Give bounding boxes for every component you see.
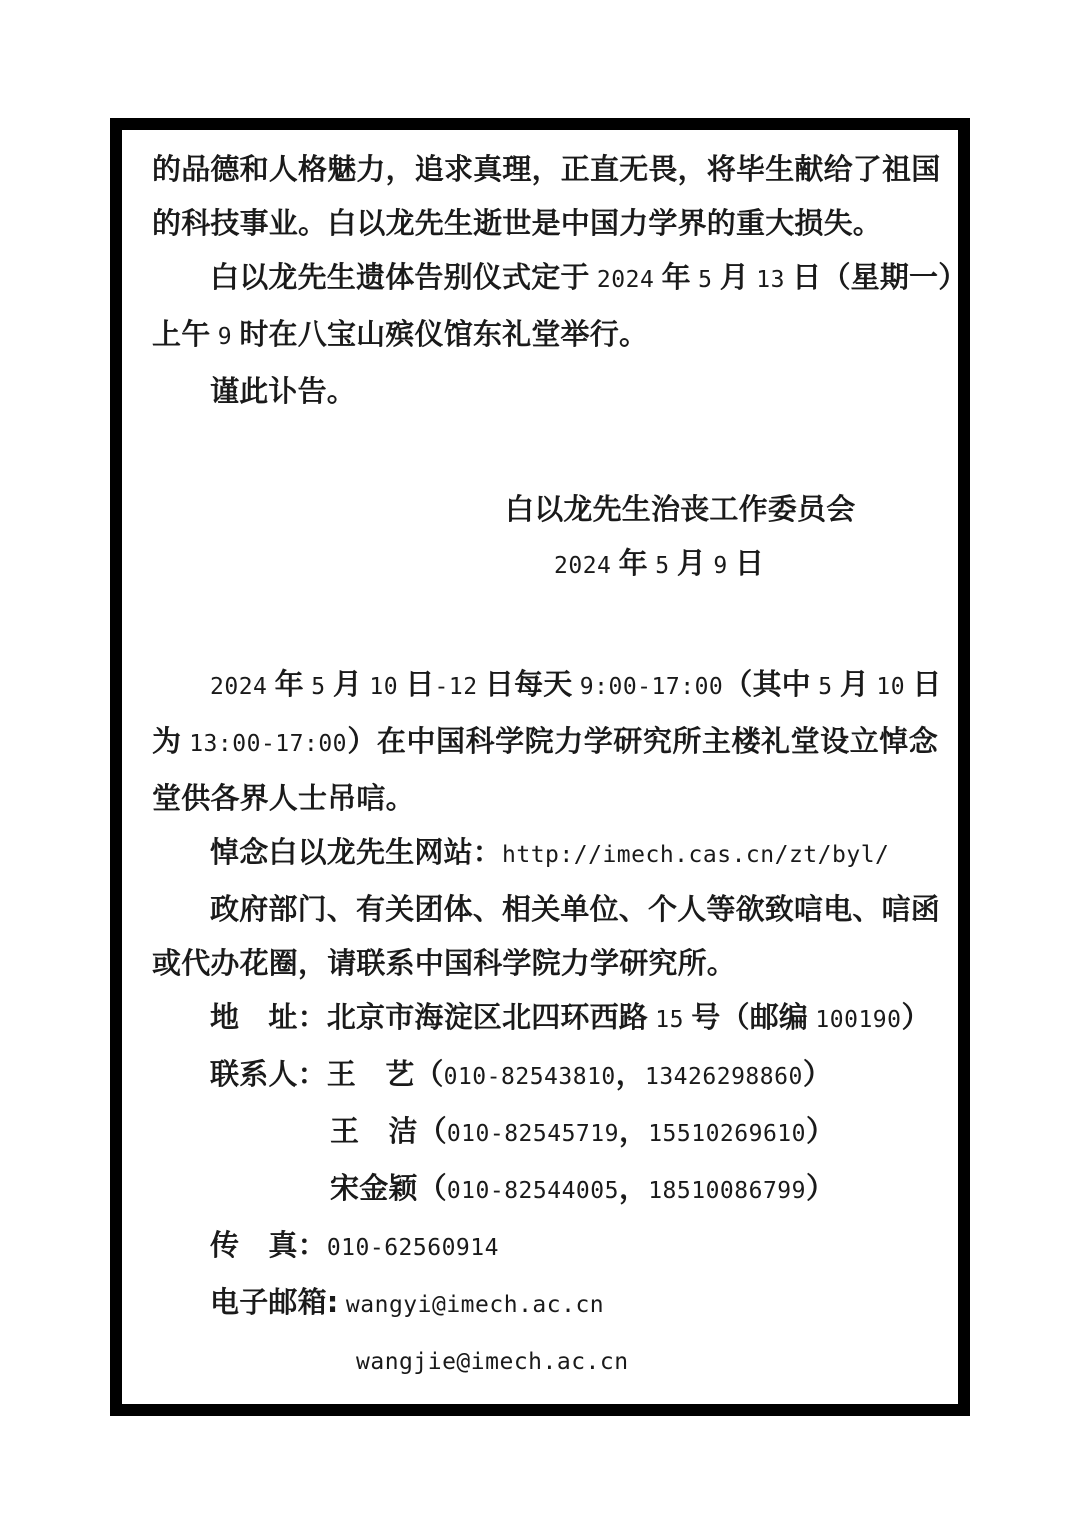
latin-text-run: 18510086799 [648, 1178, 806, 1204]
para-ceremony-line2: 上午 9 时在八宝山殡仪馆东礼堂举行。 [152, 307, 938, 364]
cjk-text-run: 年 [654, 260, 698, 294]
cjk-text-run: 或代办花圈，请联系中国科学院力学研究所。 [152, 946, 736, 980]
cjk-text-run: 白以龙先生治丧工作委员会 [505, 492, 855, 526]
notice-page: 的品德和人格魅力，追求真理，正直无畏，将毕生献给了祖国的科技事业。白以龙先生逝世… [0, 0, 1080, 1527]
latin-text-run: 2024 [554, 553, 611, 579]
cjk-text-run: 年 [267, 667, 311, 701]
latin-text-run: 5 [311, 674, 325, 700]
cjk-text-run: 日（星期一） [785, 260, 968, 294]
cjk-text-run: ） [902, 1000, 931, 1034]
latin-text-run: 10 [876, 674, 905, 700]
cjk-text-run: （其中 [723, 667, 818, 701]
para-dedication-line2: 的科技事业。白以龙先生逝世是中国力学界的重大损失。 [152, 196, 938, 250]
para-memorial-line1: 2024 年 5 月 10 日-12 日每天 9:00-17:00（其中 5 月… [152, 657, 938, 714]
latin-text-run: 2024 [210, 674, 267, 700]
latin-text-run: 5 [818, 674, 832, 700]
cjk-text-run: 月 [670, 546, 714, 580]
latin-text-run: 010-82545719 [447, 1121, 619, 1147]
latin-text-run: 9 [713, 553, 727, 579]
cjk-text-run: ， [619, 1114, 648, 1148]
email-wangyi: 电子邮箱: wangyi@imech.ac.cn [152, 1275, 938, 1332]
contact-wang-yi: 联系人：王 艺（010-82543810，13426298860） [152, 1047, 938, 1104]
cjk-text-run: 月 [326, 667, 370, 701]
cjk-text-run: 日 [905, 667, 942, 701]
cjk-text-run: 谨此讣告。 [210, 374, 356, 408]
contact-wang-jie: 王 洁（010-82545719，15510269610） [152, 1104, 938, 1161]
cjk-text-run: 电子邮箱: [210, 1285, 346, 1319]
latin-text-run: 100190 [815, 1007, 901, 1033]
cjk-text-run: ） [803, 1057, 832, 1091]
latin-text-run: 15510269610 [648, 1121, 806, 1147]
notice-body: 的品德和人格魅力，追求真理，正直无畏，将毕生献给了祖国的科技事业。白以龙先生逝世… [152, 142, 938, 1416]
memorial-website: 悼念白以龙先生网站：http://imech.cas.cn/zt/byl/ [152, 825, 938, 882]
cjk-text-run: 为 [152, 724, 189, 758]
latin-text-run: 13426298860 [645, 1064, 803, 1090]
cjk-text-run: 月 [833, 667, 877, 701]
latin-text-run: wangyi@imech.ac.cn [346, 1292, 604, 1318]
cjk-text-run: 时在八宝山殡仪馆东礼堂举行。 [232, 317, 648, 351]
notice-frame: 的品德和人格魅力，追求真理，正直无畏，将毕生献给了祖国的科技事业。白以龙先生逝世… [110, 118, 970, 1416]
para-memorial-line3: 堂供各界人士吊唁。 [152, 771, 938, 825]
closing-statement: 谨此讣告。 [152, 364, 938, 418]
cjk-text-run: 上午 [152, 317, 218, 351]
latin-text-run: 5 [655, 553, 669, 579]
cjk-text-run: 王 洁（ [330, 1114, 447, 1148]
cjk-text-run: 号（邮编 [684, 1000, 815, 1034]
cjk-text-run: ）在中国科学院力学研究所主楼礼堂设立悼念 [347, 724, 938, 758]
cjk-text-run: 政府部门、有关团体、相关单位、个人等欲致唁电、唁函 [210, 892, 940, 926]
latin-text-run: wangjie@imech.ac.cn [356, 1349, 629, 1375]
latin-text-run: 13:00-17:00 [189, 731, 347, 757]
latin-text-run: 2024 [597, 267, 654, 293]
cjk-text-run: 宋金颖（ [330, 1171, 447, 1205]
signature-date: 2024 年 5 月 9 日 [152, 536, 938, 593]
cjk-text-run: 堂供各界人士吊唁。 [152, 781, 415, 815]
cjk-text-run: 月 [712, 260, 756, 294]
latin-text-run: 010-62560914 [327, 1235, 499, 1261]
para-memorial-line2: 为 13:00-17:00）在中国科学院力学研究所主楼礼堂设立悼念 [152, 714, 938, 771]
cjk-text-run: 的科技事业。白以龙先生逝世是中国力学界的重大损失。 [152, 206, 882, 240]
para-dedication-line1: 的品德和人格魅力，追求真理，正直无畏，将毕生献给了祖国 [152, 142, 938, 196]
cjk-text-run: ） [806, 1114, 835, 1148]
fax-line: 传 真：010-62560914 [152, 1218, 938, 1275]
para-condolence-line1: 政府部门、有关团体、相关单位、个人等欲致唁电、唁函 [152, 882, 938, 936]
latin-text-run: 15 [655, 1007, 684, 1033]
committee-signature: 白以龙先生治丧工作委员会 [152, 482, 938, 536]
latin-text-run: 010-82543810 [444, 1064, 616, 1090]
para-ceremony-line1: 白以龙先生遗体告别仪式定于 2024 年 5 月 13 日（星期一） [152, 250, 938, 307]
cjk-text-run: ， [619, 1171, 648, 1205]
cjk-text-run: 联系人：王 艺（ [210, 1057, 444, 1091]
cjk-text-run: ， [616, 1057, 645, 1091]
cjk-text-run: 的品德和人格魅力，追求真理，正直无畏，将毕生献给了祖国 [152, 152, 940, 186]
cjk-text-run: 传 真： [210, 1228, 327, 1262]
cjk-text-run: 日 [398, 667, 435, 701]
email-songjinying: songjinying@imech.ac.cn [152, 1389, 938, 1416]
cjk-text-run: ） [806, 1171, 835, 1205]
latin-text-run: -12 [435, 674, 478, 700]
cjk-text-run: 白以龙先生遗体告别仪式定于 [210, 260, 597, 294]
latin-text-run: 010-82544005 [447, 1178, 619, 1204]
email-wangjie: wangjie@imech.ac.cn [152, 1332, 938, 1389]
contact-song-jinying: 宋金颖（010-82544005，18510086799） [152, 1161, 938, 1218]
latin-text-run: songjinying@imech.ac.cn [356, 1406, 686, 1416]
cjk-text-run: 日 [728, 546, 765, 580]
cjk-text-run: 地 址：北京市海淀区北四环西路 [210, 1000, 655, 1034]
cjk-text-run: 悼念白以龙先生网站： [210, 835, 502, 869]
address-line: 地 址：北京市海淀区北四环西路 15 号（邮编 100190） [152, 990, 938, 1047]
cjk-text-run: 日每天 [478, 667, 580, 701]
latin-text-run: 9:00-17:00 [580, 674, 723, 700]
para-condolence-line2: 或代办花圈，请联系中国科学院力学研究所。 [152, 936, 938, 990]
latin-text-run: 13 [756, 267, 785, 293]
latin-text-run: http://imech.cas.cn/zt/byl/ [502, 842, 889, 868]
cjk-text-run: 年 [611, 546, 655, 580]
latin-text-run: 9 [218, 324, 232, 350]
latin-text-run: 5 [698, 267, 712, 293]
latin-text-run: 10 [369, 674, 398, 700]
